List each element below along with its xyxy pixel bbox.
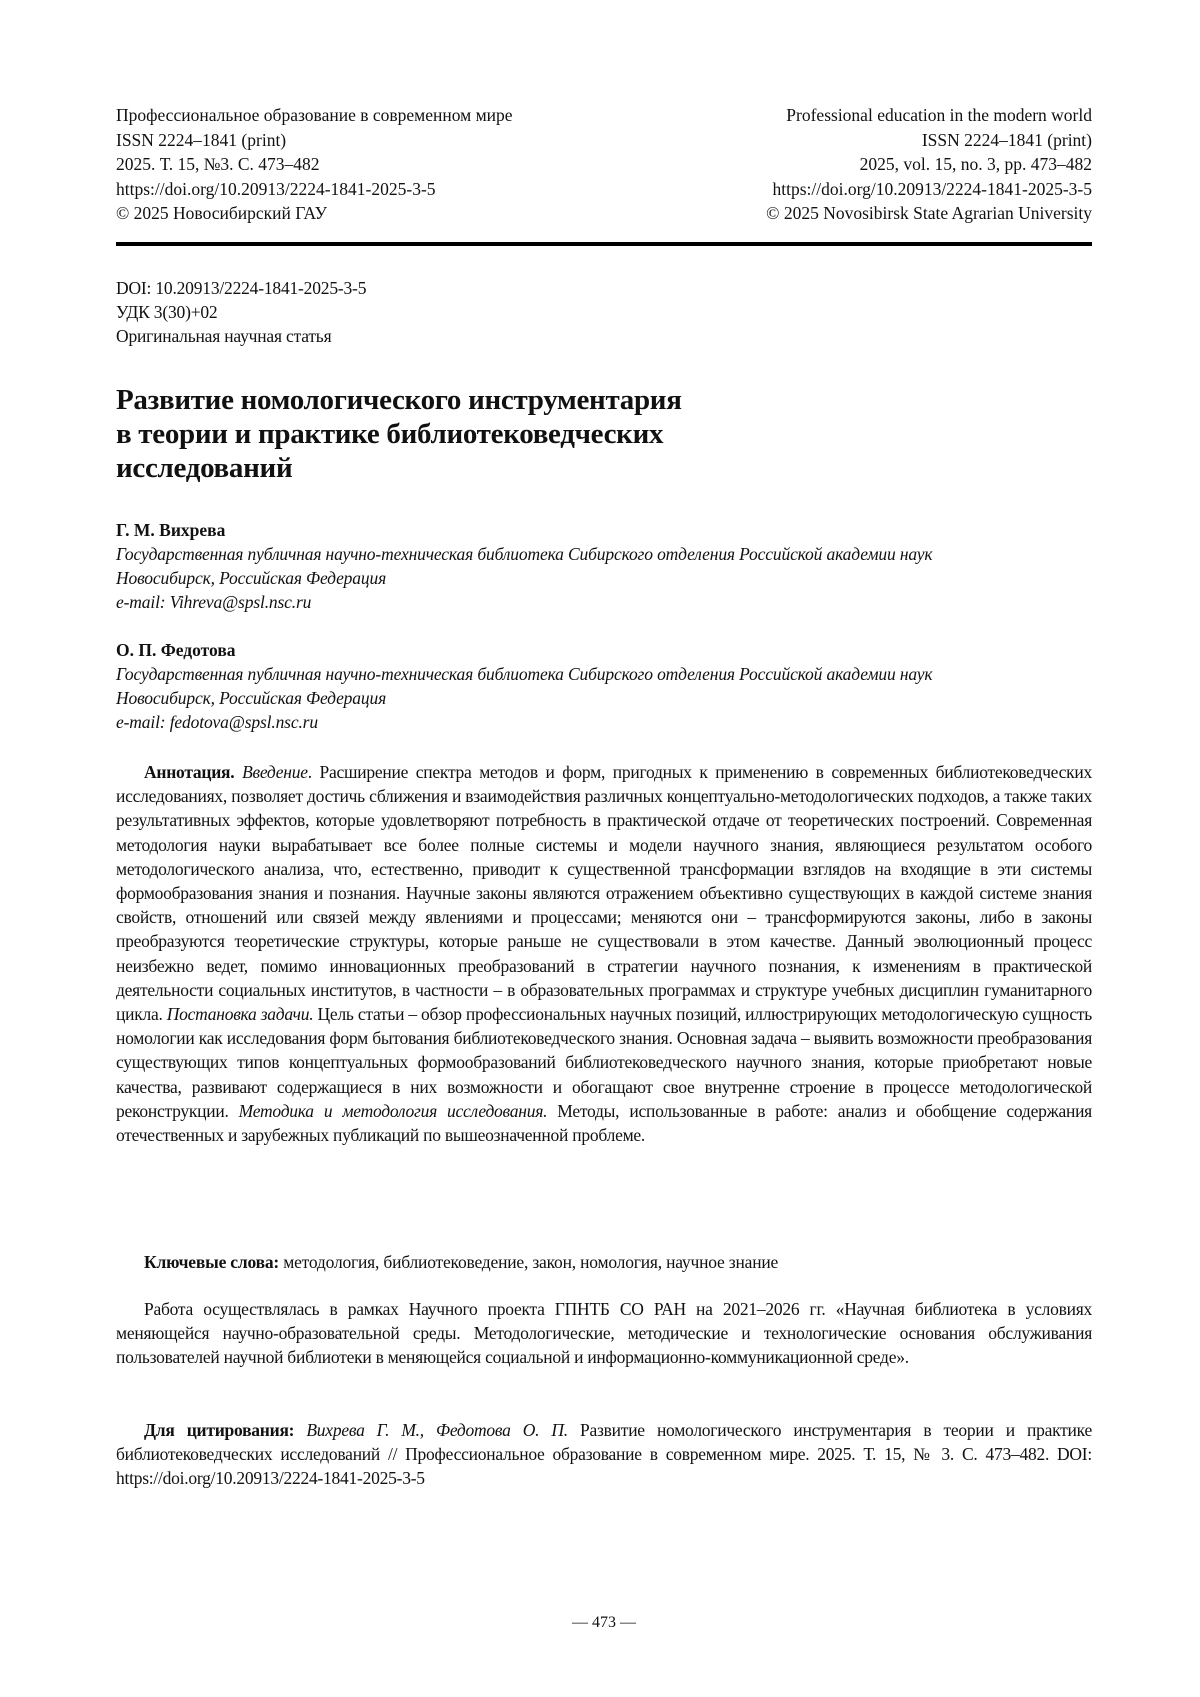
author-location: Новосибирск, Российская Федерация	[116, 566, 1092, 590]
abstract-task-label: Постановка задачи.	[167, 1004, 314, 1024]
copyright-ru: © 2025 Новосибирский ГАУ	[116, 201, 513, 226]
abstract: Аннотация. Введение. Расширение спектра …	[116, 760, 1092, 1147]
issue-info-ru: 2025. Т. 15, №3. С. 473–482	[116, 152, 513, 177]
page-number: — 473 —	[116, 1614, 1092, 1632]
title-line: исследований	[116, 451, 816, 485]
author-name: Г. М. Вихрева	[116, 518, 1092, 542]
abstract-methods-label: Методика и методология исследования.	[239, 1101, 548, 1121]
keywords-text: методология, библиотековедение, закон, н…	[279, 1252, 778, 1272]
author-affiliation: Государственная публичная научно-техниче…	[116, 542, 1092, 566]
doi-link-ru[interactable]: https://doi.org/10.20913/2224-1841-2025-…	[116, 177, 513, 202]
article-doi: DOI: 10.20913/2224-1841-2025-3-5	[116, 276, 366, 300]
citation: Для цитирования: Вихрева Г. М., Федотова…	[116, 1418, 1092, 1491]
abstract-label: Аннотация.	[144, 762, 234, 782]
abstract-intro-label: Введение	[242, 762, 308, 782]
article-meta: DOI: 10.20913/2224-1841-2025-3-5 УДК 3(3…	[116, 276, 366, 348]
title-line: Развитие номологического инструментария	[116, 383, 816, 417]
copyright-en: © 2025 Novosibirsk State Agrarian Univer…	[766, 201, 1092, 226]
doi-link-en[interactable]: https://doi.org/10.20913/2224-1841-2025-…	[766, 177, 1092, 202]
abstract-intro-text: . Расширение спектра методов и форм, при…	[116, 762, 1092, 1024]
journal-title-en: Professional education in the modern wor…	[766, 103, 1092, 128]
title-line: в теории и практике библиотековедческих	[116, 417, 816, 451]
keywords-label: Ключевые слова:	[144, 1252, 279, 1272]
running-header-russian: Профессиональное образование в современн…	[116, 103, 513, 226]
article-title: Развитие номологического инструментария …	[116, 383, 816, 485]
author-affiliation: Государственная публичная научно-техниче…	[116, 662, 1092, 686]
issn-ru: ISSN 2224–1841 (print)	[116, 128, 513, 153]
author-location: Новосибирск, Российская Федерация	[116, 686, 1092, 710]
citation-authors: Вихрева Г. М., Федотова О. П.	[294, 1420, 568, 1440]
journal-title-ru: Профессиональное образование в современн…	[116, 103, 513, 128]
citation-label: Для цитирования:	[144, 1420, 294, 1440]
issn-en: ISSN 2224–1841 (print)	[766, 128, 1092, 153]
author-name: О. П. Федотова	[116, 638, 1092, 662]
article-udk: УДК 3(30)+02	[116, 300, 366, 324]
author-email[interactable]: e-mail: Vihreva@spsl.nsc.ru	[116, 590, 1092, 614]
author-block: Г. М. Вихрева Государственная публичная …	[116, 518, 1092, 614]
funding-note: Работа осуществлялась в рамках Научного …	[116, 1297, 1092, 1370]
keywords: Ключевые слова: методология, библиотеков…	[116, 1250, 1092, 1274]
article-type: Оригинальная научная статья	[116, 324, 366, 348]
funding-text: Работа осуществлялась в рамках Научного …	[116, 1299, 1092, 1367]
header-divider	[116, 242, 1092, 246]
author-block: О. П. Федотова Государственная публичная…	[116, 638, 1092, 734]
running-header-english: Professional education in the modern wor…	[766, 103, 1092, 226]
issue-info-en: 2025, vol. 15, no. 3, pp. 473–482	[766, 152, 1092, 177]
author-email[interactable]: e-mail: fedotova@spsl.nsc.ru	[116, 710, 1092, 734]
